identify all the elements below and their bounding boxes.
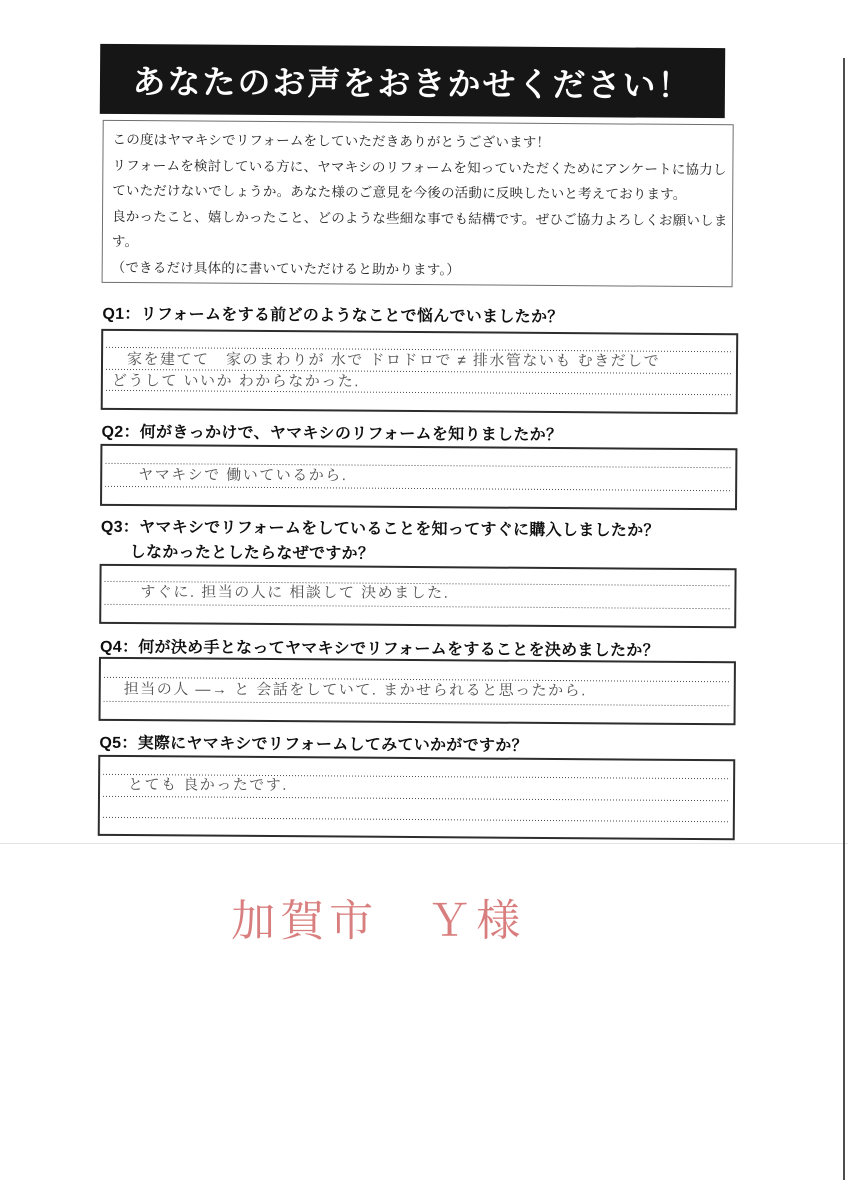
ruled-line (103, 796, 730, 801)
intro-box: この度はヤマキシでリフォームをしていただきありがとうございます！ リフォームを検… (102, 120, 734, 287)
question-3-label-line-2: しなかったとしたらなぜですか？ (130, 539, 375, 564)
question-5-label: Q5：実際にヤマキシでリフォームしてみていかがですか？ (99, 730, 528, 756)
ruled-line (104, 604, 731, 609)
question-5-answer-box: とても 良かったです. (98, 755, 736, 840)
intro-line-6: （できるだけ具体的に書いていただけると助かります。） (112, 254, 723, 284)
question-1-handwritten-answer-line-1: 家を建てて 家のまわりが 水で ドロドロで ≠ 排水管ないも むきだしで (127, 348, 660, 371)
scan-edge-artifact (843, 58, 845, 1180)
intro-line-3: ていただけないでしょうか。あなた様のご意見を今後の活動に反映したいと考えておりま… (112, 178, 723, 208)
customer-signature: 加賀市 Ｙ様 (231, 885, 525, 950)
ruled-line (103, 817, 730, 822)
survey-form: あなたのお声をおきかせください！ この度はヤマキシでリフォームをしていただきあり… (0, 0, 848, 1200)
question-1-answer-box: 家を建てて 家のまわりが 水で ドロドロで ≠ 排水管ないも むきだしで どうし… (101, 329, 739, 414)
scan-fold-line (0, 843, 848, 844)
scanned-survey-page: あなたのお声をおきかせください！ この度はヤマキシでリフォームをしていただきあり… (0, 0, 848, 1200)
question-2-answer-box: ヤマキシで 働いているから. (100, 444, 737, 510)
question-5-handwritten-answer: とても 良かったです. (128, 773, 288, 795)
question-3-label: Q3：ヤマキシでリフォームをしていることを知ってすぐに購入しましたか？ (101, 514, 660, 541)
question-2-handwritten-answer: ヤマキシで 働いているから. (138, 463, 347, 485)
question-4-answer-box: 担当の人 ―→ と 会話をしていて. まかせられると思ったから. (99, 657, 736, 725)
question-1-handwritten-answer-line-2: どうして いいか わからなかった. (112, 369, 360, 391)
question-2-label: Q2：何がきっかけで、ヤマキシのリフォームを知りましたか？ (101, 419, 562, 445)
question-3-handwritten-answer: すぐに. 担当の人に 相談して 決めました. (140, 581, 449, 603)
ruled-line (106, 390, 733, 395)
form-title-banner: あなたのお声をおきかせください！ (100, 44, 725, 118)
form-title: あなたのお声をおきかせください！ (132, 56, 692, 107)
intro-line-1: この度はヤマキシでリフォームをしていただきありがとうございます！ (112, 127, 723, 157)
question-4-handwritten-answer: 担当の人 ―→ と 会話をしていて. まかせられると思ったから. (124, 678, 587, 701)
question-3-answer-box: すぐに. 担当の人に 相談して 決めました. (99, 564, 736, 628)
question-1-label: Q1：リフォームをする前どのようなことで悩んでいましたか？ (102, 301, 563, 327)
ruled-line (105, 486, 732, 491)
intro-line-4: 良かったこと、嬉しかったこと、どのような些細な事でも結構です。ぜひご協力よろしく… (112, 203, 723, 233)
ruled-line (104, 701, 731, 706)
